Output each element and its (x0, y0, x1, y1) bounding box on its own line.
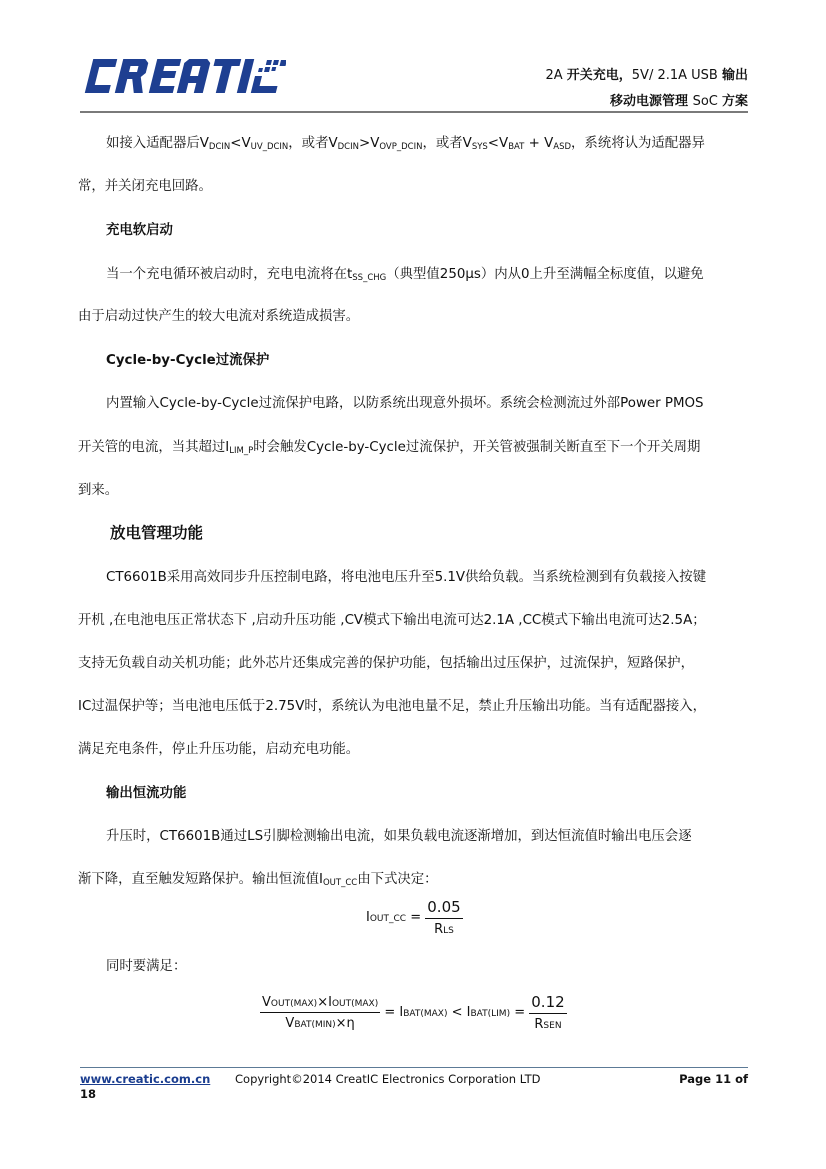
paragraph-cbc-line3: 到来。 (78, 479, 750, 498)
paragraph-discharge-line2: 开机 ,在电池电压正常状态下 ,启动升压功能 ,CV模式下输出电流可达2.1A … (78, 609, 750, 628)
formula-iout-cc: IOUT_CC = 0.05 RLS (366, 898, 463, 937)
header-divider (80, 111, 748, 113)
heading-soft-start: 充电软启动 (106, 219, 173, 238)
fraction-sense: 0.12 RSEN (529, 993, 566, 1032)
fraction: 0.05 RLS (425, 898, 462, 937)
paragraph-adapter-fault-line2: 常，并关闭充电回路。 (78, 175, 750, 194)
formula-battery-current-limit: VOUT(MAX)×IOUT(MAX) VBAT(MIN)×η = IBAT(M… (260, 993, 567, 1032)
website-link[interactable]: www.creatic.com.cn (80, 1072, 210, 1086)
paragraph-soft-start-line2: 由于启动过快产生的较大电流对系统造成损害。 (78, 305, 750, 324)
paragraph-soft-start-line1: 当一个充电循环被启动时，充电电流将在tSS_CHG（典型值250μs）内从0上升… (106, 263, 778, 282)
paragraph-discharge-line4: IC过温保护等；当电池电压低于2.75V时，系统认为电池电量不足，禁止升压输出功… (78, 695, 750, 714)
paragraph-also-satisfy: 同时要满足： (106, 955, 778, 974)
paragraph-discharge-line3: 支持无负载自动关机功能；此外芯片还集成完善的保护功能，包括输出过压保护，过流保护… (78, 652, 750, 671)
document-header-title: 2A 开关充电，5V/ 2.1A USB 输出 移动电源管理 SoC 方案 (545, 63, 748, 115)
header-title-line1: 2A 开关充电，5V/ 2.1A USB 输出 (545, 63, 748, 89)
paragraph-cc-line1: 升压时，CT6601B通过LS引脚检测输出电流，如果负载电流逐渐增加，到达恒流值… (106, 825, 778, 844)
copyright-text: Copyright©2014 CreatIC Electronics Corpo… (235, 1072, 540, 1086)
paragraph-adapter-fault-line1: 如接入适配器后VDCIN<VUV_DCIN，或者VDCIN>VOVP_DCIN，… (106, 132, 778, 151)
page-number: Page 11 of (679, 1072, 748, 1086)
heading-output-constant-current: 输出恒流功能 (106, 782, 186, 801)
paragraph-discharge-line5: 满足充电条件，停止升压功能，启动充电功能。 (78, 738, 750, 757)
footer-divider (80, 1067, 748, 1068)
creatic-logo (80, 56, 286, 96)
heading-discharge-management: 放电管理功能 (110, 521, 203, 543)
fraction-power: VOUT(MAX)×IOUT(MAX) VBAT(MIN)×η (260, 995, 380, 1031)
heading-cycle-by-cycle: Cycle-by-Cycle过流保护 (106, 349, 269, 368)
paragraph-cbc-line2: 开关管的电流，当其超过ILIM_P时会触发Cycle-by-Cycle过流保护，… (78, 436, 750, 455)
paragraph-cc-line2: 渐下降，直至触发短路保护。输出恒流值IOUT_CC由下式决定： (78, 868, 750, 887)
page-total: 18 (80, 1087, 96, 1101)
paragraph-cbc-line1: 内置输入Cycle-by-Cycle过流保护电路，以防系统出现意外损坏。系统会检… (106, 392, 778, 411)
paragraph-discharge-line1: CT6601B采用高效同步升压控制电路，将电池电压升至5.1V供给负载。当系统检… (106, 566, 778, 585)
